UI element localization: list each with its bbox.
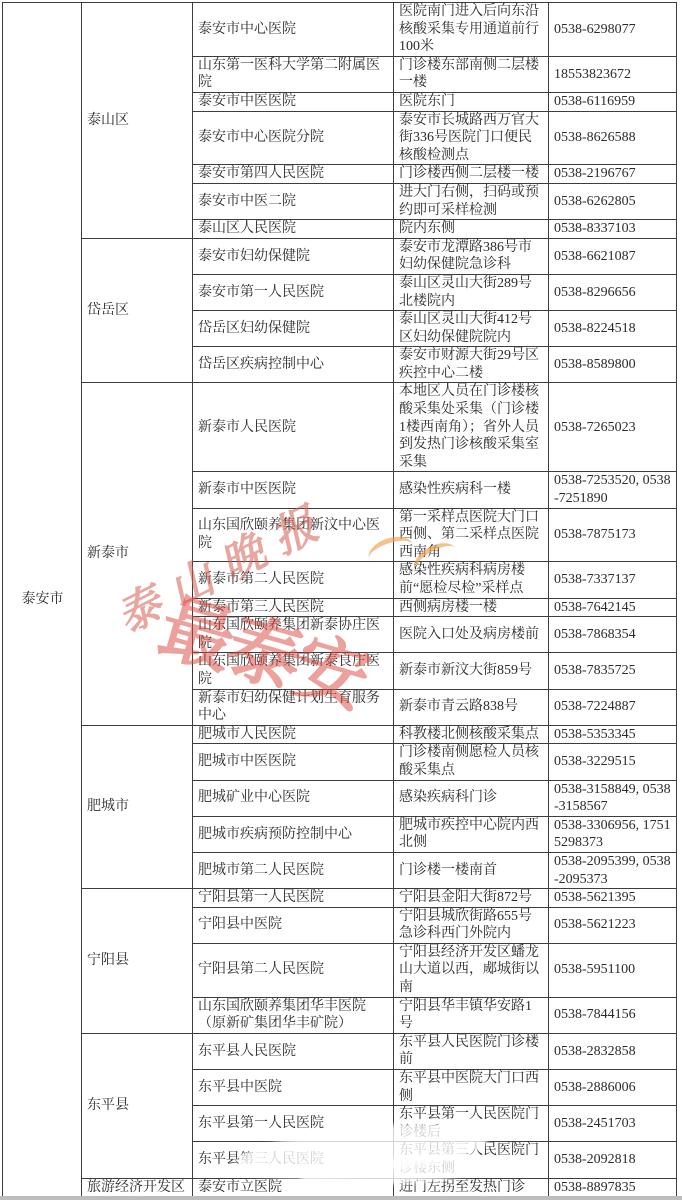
location-cell: 科教楼北侧核酸采集点 bbox=[394, 725, 549, 744]
phone-cell: 0538-8626588 bbox=[549, 111, 677, 165]
hospital-cell: 东平县第一人民医院 bbox=[193, 1106, 394, 1142]
location-cell: 东平县第三人民医院门诊楼东侧 bbox=[394, 1142, 549, 1178]
location-cell: 医院入口处及病房楼前 bbox=[394, 617, 549, 653]
location-cell: 新泰市新汶大街859号 bbox=[394, 653, 549, 689]
location-cell: 第一采样点医院大门口西侧、第二采样点医院西南角 bbox=[394, 508, 549, 562]
location-cell: 门诊楼南侧愿检人员核酸采集点 bbox=[394, 744, 549, 780]
hospital-cell: 东平县中医院 bbox=[193, 1070, 394, 1106]
location-cell: 进门左拐至发热门诊 bbox=[394, 1178, 549, 1197]
phone-cell: 0538-2886006 bbox=[549, 1070, 677, 1106]
location-cell: 肥城市疾控中心院内西北侧 bbox=[394, 816, 549, 852]
location-cell: 宁阳县华丰镇华安路1号 bbox=[394, 997, 549, 1033]
phone-cell: 0538-5951100 bbox=[549, 943, 677, 997]
hospital-cell: 新泰市人民医院 bbox=[193, 383, 394, 472]
hospital-cell: 泰安市第一人民医院 bbox=[193, 274, 394, 310]
hospital-cell: 泰山区人民医院 bbox=[193, 220, 394, 239]
hospital-cell: 新泰市中医医院 bbox=[193, 472, 394, 508]
hospital-cell: 泰安市中医医院 bbox=[193, 92, 394, 111]
district-cell: 新泰市 bbox=[82, 383, 193, 725]
phone-cell: 0538-2451703 bbox=[549, 1106, 677, 1142]
phone-cell: 0538-8897835 bbox=[549, 1178, 677, 1197]
hospital-cell: 宁阳县第一人民医院 bbox=[193, 889, 394, 908]
location-cell: 泰安市龙潭路386号市妇幼保健院急诊科 bbox=[394, 238, 549, 274]
location-cell: 泰安市长城路西万官大街336号医院门口便民核酸检测点 bbox=[394, 111, 549, 165]
location-cell: 东平县第一人民医院门诊楼后 bbox=[394, 1106, 549, 1142]
phone-cell: 0538-8589800 bbox=[549, 347, 677, 383]
hospital-cell: 新泰市第二人民医院 bbox=[193, 562, 394, 598]
location-cell: 医院东门 bbox=[394, 92, 549, 111]
phone-cell: 0538-7253520, 0538-7251890 bbox=[549, 472, 677, 508]
table-row: 新泰市新泰市人民医院本地区人员在门诊楼核酸采集处采集（门诊楼1楼西南角）；省外人… bbox=[3, 383, 677, 472]
location-cell: 宁阳县金阳大街872号 bbox=[394, 889, 549, 908]
hospital-cell: 泰安市中医二院 bbox=[193, 183, 394, 219]
hospital-cell: 山东第一医科大学第二附属医院 bbox=[193, 56, 394, 92]
hospital-cell: 泰安市第四人民医院 bbox=[193, 165, 394, 184]
hospital-cell: 山东国欣颐养集团新泰良庄医院 bbox=[193, 653, 394, 689]
phone-cell: 0538-6298077 bbox=[549, 3, 677, 57]
hospital-cell: 泰安市中心医院 bbox=[193, 3, 394, 57]
phone-cell: 0538-5353345 bbox=[549, 725, 677, 744]
location-cell: 东平县中医院大门口西侧 bbox=[394, 1070, 549, 1106]
location-cell: 院内东侧 bbox=[394, 220, 549, 239]
phone-cell: 0538-3306956, 17515298373 bbox=[549, 816, 677, 852]
location-cell: 西侧病房楼一楼 bbox=[394, 598, 549, 617]
location-cell: 新泰市青云路838号 bbox=[394, 689, 549, 725]
hospital-cell: 岱岳区妇幼保健院 bbox=[193, 311, 394, 347]
table-row: 肥城市肥城市人民医院科教楼北侧核酸采集点0538-5353345 bbox=[3, 725, 677, 744]
hospital-cell: 泰安市立医院 bbox=[193, 1178, 394, 1197]
hospital-cell: 山东国欣颐养集团新汶中心医院 bbox=[193, 508, 394, 562]
hospital-cell: 肥城市中医医院 bbox=[193, 744, 394, 780]
phone-cell: 0538-5621395 bbox=[549, 889, 677, 908]
location-cell: 门诊楼东部南侧二层楼一楼 bbox=[394, 56, 549, 92]
phone-cell: 0538-7265023 bbox=[549, 383, 677, 472]
phone-cell: 0538-3158849, 0538-3158567 bbox=[549, 780, 677, 816]
location-cell: 东平县人民医院门诊楼前 bbox=[394, 1033, 549, 1069]
phone-cell: 0538-6116959 bbox=[549, 92, 677, 111]
phone-cell: 0538-2095399, 0538-2095373 bbox=[549, 852, 677, 888]
phone-cell: 0538-7835725 bbox=[549, 653, 677, 689]
phone-cell: 0538-8224518 bbox=[549, 311, 677, 347]
hospital-cell: 岱岳区疾病控制中心 bbox=[193, 347, 394, 383]
table-row: 宁阳县宁阳县第一人民医院宁阳县金阳大街872号0538-5621395 bbox=[3, 889, 677, 908]
district-cell: 泰山区 bbox=[82, 3, 193, 239]
district-cell: 东平县 bbox=[82, 1033, 193, 1178]
table-body: 泰安市泰山区泰安市中心医院医院南门进入后向东沿核酸采集专用通道前行100米053… bbox=[3, 3, 677, 1197]
hospital-cell: 肥城矿业中心医院 bbox=[193, 780, 394, 816]
location-cell: 门诊楼西侧二层楼一楼 bbox=[394, 165, 549, 184]
location-cell: 本地区人员在门诊楼核酸采集处采集（门诊楼1楼西南角）；省外人员到发热门诊核酸采集… bbox=[394, 383, 549, 472]
location-cell: 门诊楼一楼南首 bbox=[394, 852, 549, 888]
hospital-cell: 肥城市疾病预防控制中心 bbox=[193, 816, 394, 852]
table-row: 东平县东平县人民医院东平县人民医院门诊楼前0538-2832858 bbox=[3, 1033, 677, 1069]
location-cell: 泰安市财源大街29号区疾控中心二楼 bbox=[394, 347, 549, 383]
phone-cell: 0538-8337103 bbox=[549, 220, 677, 239]
location-cell: 宁阳县经济开发区蟠龙山大道以西，郕城街以南 bbox=[394, 943, 549, 997]
location-cell: 泰山区灵山大街412号区妇幼保健院院内 bbox=[394, 311, 549, 347]
hospital-cell: 东平县第三人民医院 bbox=[193, 1142, 394, 1178]
phone-cell: 0538-8296656 bbox=[549, 274, 677, 310]
location-cell: 医院南门进入后向东沿核酸采集专用通道前行100米 bbox=[394, 3, 549, 57]
hospital-cell: 肥城市第二人民医院 bbox=[193, 852, 394, 888]
phone-cell: 0538-7868354 bbox=[549, 617, 677, 653]
hospital-cell: 新泰市第三人民医院 bbox=[193, 598, 394, 617]
hospital-cell: 泰安市妇幼保健院 bbox=[193, 238, 394, 274]
bottom-edge-bar bbox=[0, 1196, 682, 1200]
district-cell: 宁阳县 bbox=[82, 889, 193, 1034]
phone-cell: 0538-6621087 bbox=[549, 238, 677, 274]
location-cell: 感染性疾病科一楼 bbox=[394, 472, 549, 508]
phone-cell: 0538-2832858 bbox=[549, 1033, 677, 1069]
table-row: 泰安市泰山区泰安市中心医院医院南门进入后向东沿核酸采集专用通道前行100米053… bbox=[3, 3, 677, 57]
phone-cell: 0538-7224887 bbox=[549, 689, 677, 725]
hospital-cell: 泰安市中心医院分院 bbox=[193, 111, 394, 165]
phone-cell: 0538-2196767 bbox=[549, 165, 677, 184]
district-cell: 肥城市 bbox=[82, 725, 193, 888]
hospital-cell: 肥城市人民医院 bbox=[193, 725, 394, 744]
phone-cell: 0538-6262805 bbox=[549, 183, 677, 219]
hospital-cell: 山东国欣颐养集团华丰医院 （原新矿集团华丰矿院） bbox=[193, 997, 394, 1033]
phone-cell: 0538-7875173 bbox=[549, 508, 677, 562]
location-cell: 宁阳县城欣街路655号急诊科西门外院内 bbox=[394, 907, 549, 943]
phone-cell: 0538-3229515 bbox=[549, 744, 677, 780]
phone-cell: 0538-7844156 bbox=[549, 997, 677, 1033]
location-cell: 感染疾病科门诊 bbox=[394, 780, 549, 816]
location-cell: 感染性疾病科病房楼前“愿检尽检”采样点 bbox=[394, 562, 549, 598]
district-cell: 岱岳区 bbox=[82, 238, 193, 383]
phone-cell: 18553823672 bbox=[549, 56, 677, 92]
phone-cell: 0538-2092818 bbox=[549, 1142, 677, 1178]
hospital-cell: 新泰市妇幼保健计划生育服务中心 bbox=[193, 689, 394, 725]
hospital-cell: 东平县人民医院 bbox=[193, 1033, 394, 1069]
phone-cell: 0538-7642145 bbox=[549, 598, 677, 617]
table-row: 旅游经济开发区泰安市立医院进门左拐至发热门诊0538-8897835 bbox=[3, 1178, 677, 1197]
location-cell: 泰山区灵山大街289号北楼院内 bbox=[394, 274, 549, 310]
city-cell: 泰安市 bbox=[3, 3, 82, 1197]
district-cell: 旅游经济开发区 bbox=[82, 1178, 193, 1197]
hospital-cell: 宁阳县第二人民医院 bbox=[193, 943, 394, 997]
phone-cell: 0538-7337137 bbox=[549, 562, 677, 598]
location-cell: 进大门右侧，扫码或预约即可采样检测 bbox=[394, 183, 549, 219]
table-row: 岱岳区泰安市妇幼保健院泰安市龙潭路386号市妇幼保健院急诊科0538-66210… bbox=[3, 238, 677, 274]
hospital-cell: 山东国欣颐养集团新泰协庄医院 bbox=[193, 617, 394, 653]
phone-cell: 0538-5621223 bbox=[549, 907, 677, 943]
hospital-cell: 宁阳县中医院 bbox=[193, 907, 394, 943]
testing-sites-table: 泰安市泰山区泰安市中心医院医院南门进入后向东沿核酸采集专用通道前行100米053… bbox=[2, 2, 677, 1197]
